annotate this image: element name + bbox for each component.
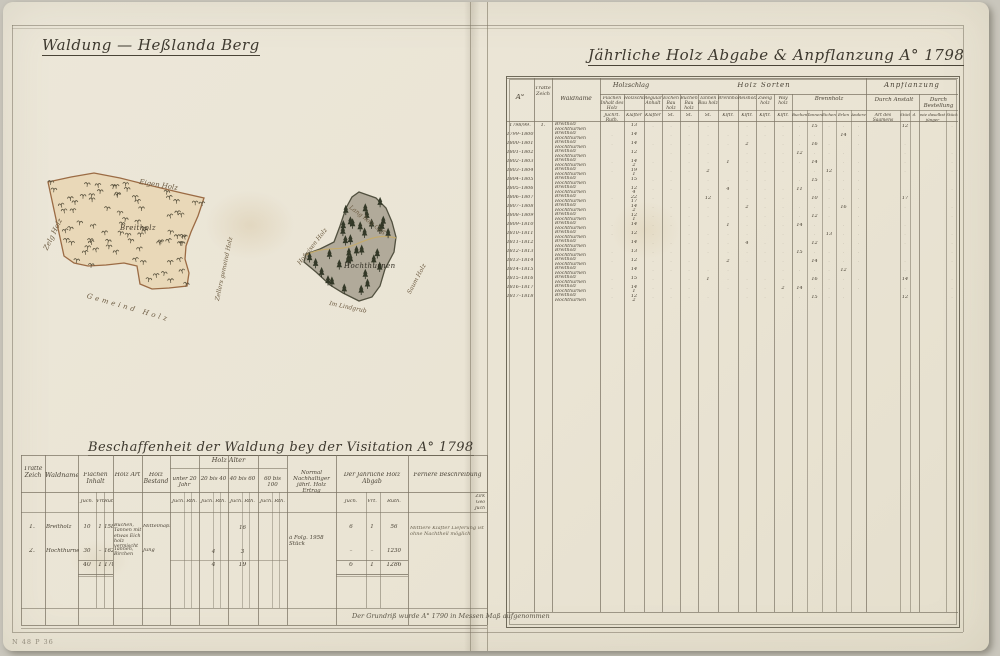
frame-line bbox=[12, 25, 13, 632]
fold-line bbox=[470, 2, 471, 651]
right-table-title: Jährliche Holz Abgabe & Anpflanzung A° 1… bbox=[588, 46, 964, 66]
fold-line bbox=[487, 2, 488, 651]
scanned-archive-sheet: Waldung — Heßlanda Berg Jährliche Holz A… bbox=[0, 0, 1000, 656]
archive-corner-annotation: N 48 P 36 bbox=[12, 638, 54, 646]
fold-shading bbox=[464, 2, 480, 651]
forest-parcel-map-breitholz bbox=[36, 166, 241, 316]
left-map-title: Waldung — Heßlanda Berg bbox=[42, 36, 260, 56]
frame-line bbox=[963, 25, 964, 632]
parcel-name-label: Breitholz bbox=[120, 224, 156, 232]
table-border bbox=[509, 79, 957, 625]
frame-line bbox=[12, 632, 963, 633]
frame-line bbox=[12, 25, 963, 26]
left-table-title: Beschaffenheit der Waldung bey der Visit… bbox=[88, 440, 474, 456]
survey-note: Der Grundriß wurde A° 1790 in Messen Maß… bbox=[352, 612, 550, 620]
parcel-name-label: Hochthurnen bbox=[344, 262, 395, 270]
frame-line bbox=[12, 28, 963, 29]
